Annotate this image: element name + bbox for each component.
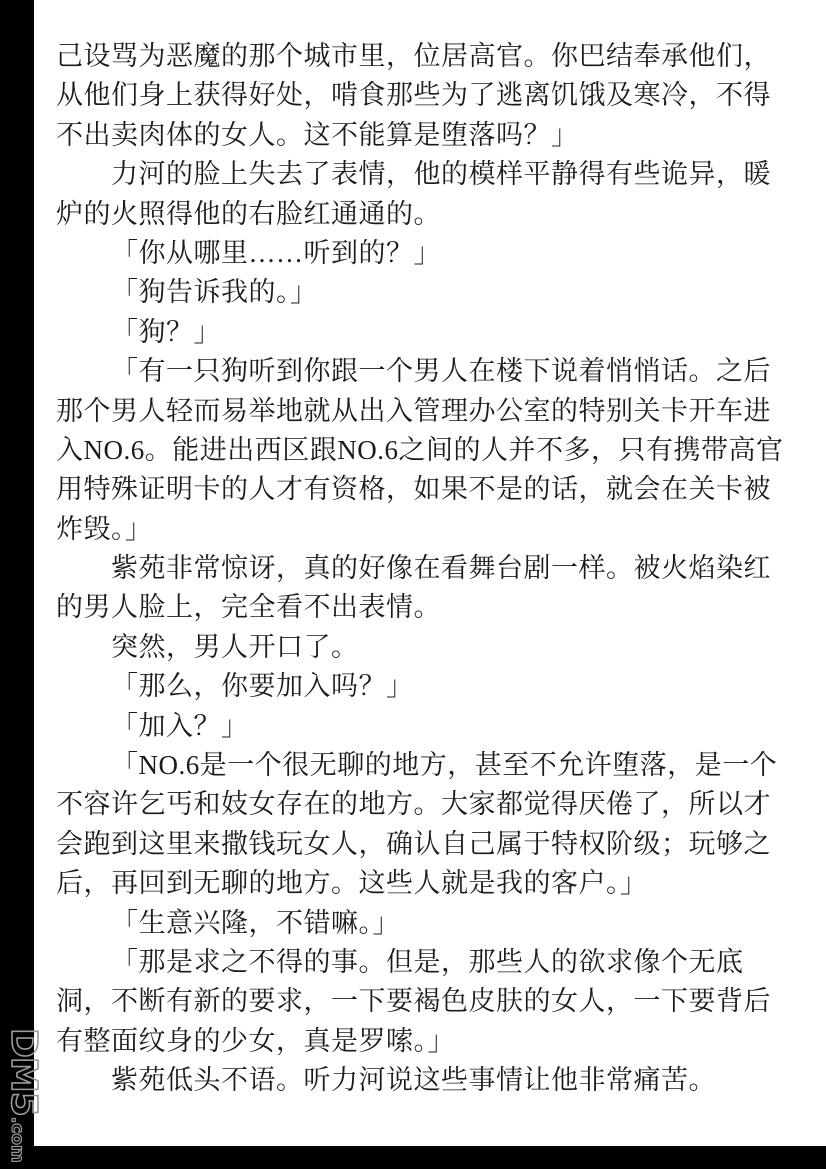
text-line: 炸毁。」 (56, 510, 776, 549)
dm5-watermark-text: DM5 .com (3, 1028, 44, 1163)
text-line: 「NO.6是一个很无聊的地方，甚至不允许堕落，是一个 (56, 746, 776, 785)
text-line: 后，再回到无聊的地方。这些人就是我的客户。」 (56, 864, 776, 903)
text-line: 不出卖肉体的女人。这不能算是堕落吗？」 (56, 116, 776, 155)
text-line: 会跑到这里来撒钱玩女人，确认自己属于特权阶级；玩够之 (56, 825, 776, 864)
text-line: 紫苑非常惊讶，真的好像在看舞台剧一样。被火焰染红 (56, 549, 776, 588)
text-line: 「那是求之不得的事。但是，那些人的欲求像个无底 (56, 943, 776, 982)
text-line: 力河的脸上失去了表情，他的模样平静得有些诡异，暖 (56, 155, 776, 194)
text-line: 「加入？」 (56, 707, 776, 746)
text-line: 突然，男人开口了。 (56, 628, 776, 667)
text-line: 「有一只狗听到你跟一个男人在楼下说着悄悄话。之后 (56, 352, 776, 391)
text-line: 洞，不断有新的要求，一下要褐色皮肤的女人，一下要背后 (56, 982, 776, 1021)
text-line: 「生意兴隆，不错嘛。」 (56, 904, 776, 943)
text-line: 「那么，你要加入吗？」 (56, 667, 776, 706)
text-line: 那个男人轻而易举地就从出入管理办公室的特别关卡开车进 (56, 392, 776, 431)
dm5-watermark: DM5 .com (2, 1028, 46, 1166)
text-line: 炉的火照得他的右脸红通通的。 (56, 195, 776, 234)
dm5-domain-text: .com (7, 1117, 27, 1163)
left-border (0, 0, 34, 1169)
text-line: 「你从哪里……听到的？」 (56, 234, 776, 273)
text-line: 紫苑低头不语。听力河说这些事情让他非常痛苦。 (56, 1061, 776, 1100)
text-line: 有整面纹身的少女，真是罗嗦。」 (56, 1022, 776, 1061)
text-line: 「狗？」 (56, 313, 776, 352)
text-line: 不容许乞丐和妓女存在的地方。大家都觉得厌倦了，所以才 (56, 785, 776, 824)
text-line: 的男人脸上，完全看不出表情。 (56, 588, 776, 627)
bottom-border (0, 1146, 826, 1169)
novel-page: 己设骂为恶魔的那个城市里，位居高官。你巴结奉承他们，从他们身上获得好处，啃食那些… (0, 0, 826, 1169)
text-line: 「狗告诉我的。」 (56, 273, 776, 312)
text-line: 从他们身上获得好处，啃食那些为了逃离饥饿及寒冷，不得 (56, 76, 776, 115)
text-content: 己设骂为恶魔的那个城市里，位居高官。你巴结奉承他们，从他们身上获得好处，啃食那些… (56, 37, 776, 1101)
dm5-logo-text: DM5 (3, 1028, 44, 1116)
text-line: 己设骂为恶魔的那个城市里，位居高官。你巴结奉承他们， (56, 37, 776, 76)
text-line: 用特殊证明卡的人才有资格，如果不是的话，就会在关卡被 (56, 470, 776, 509)
text-line: 入NO.6。能进出西区跟NO.6之间的人并不多，只有携带高官 (56, 431, 776, 470)
